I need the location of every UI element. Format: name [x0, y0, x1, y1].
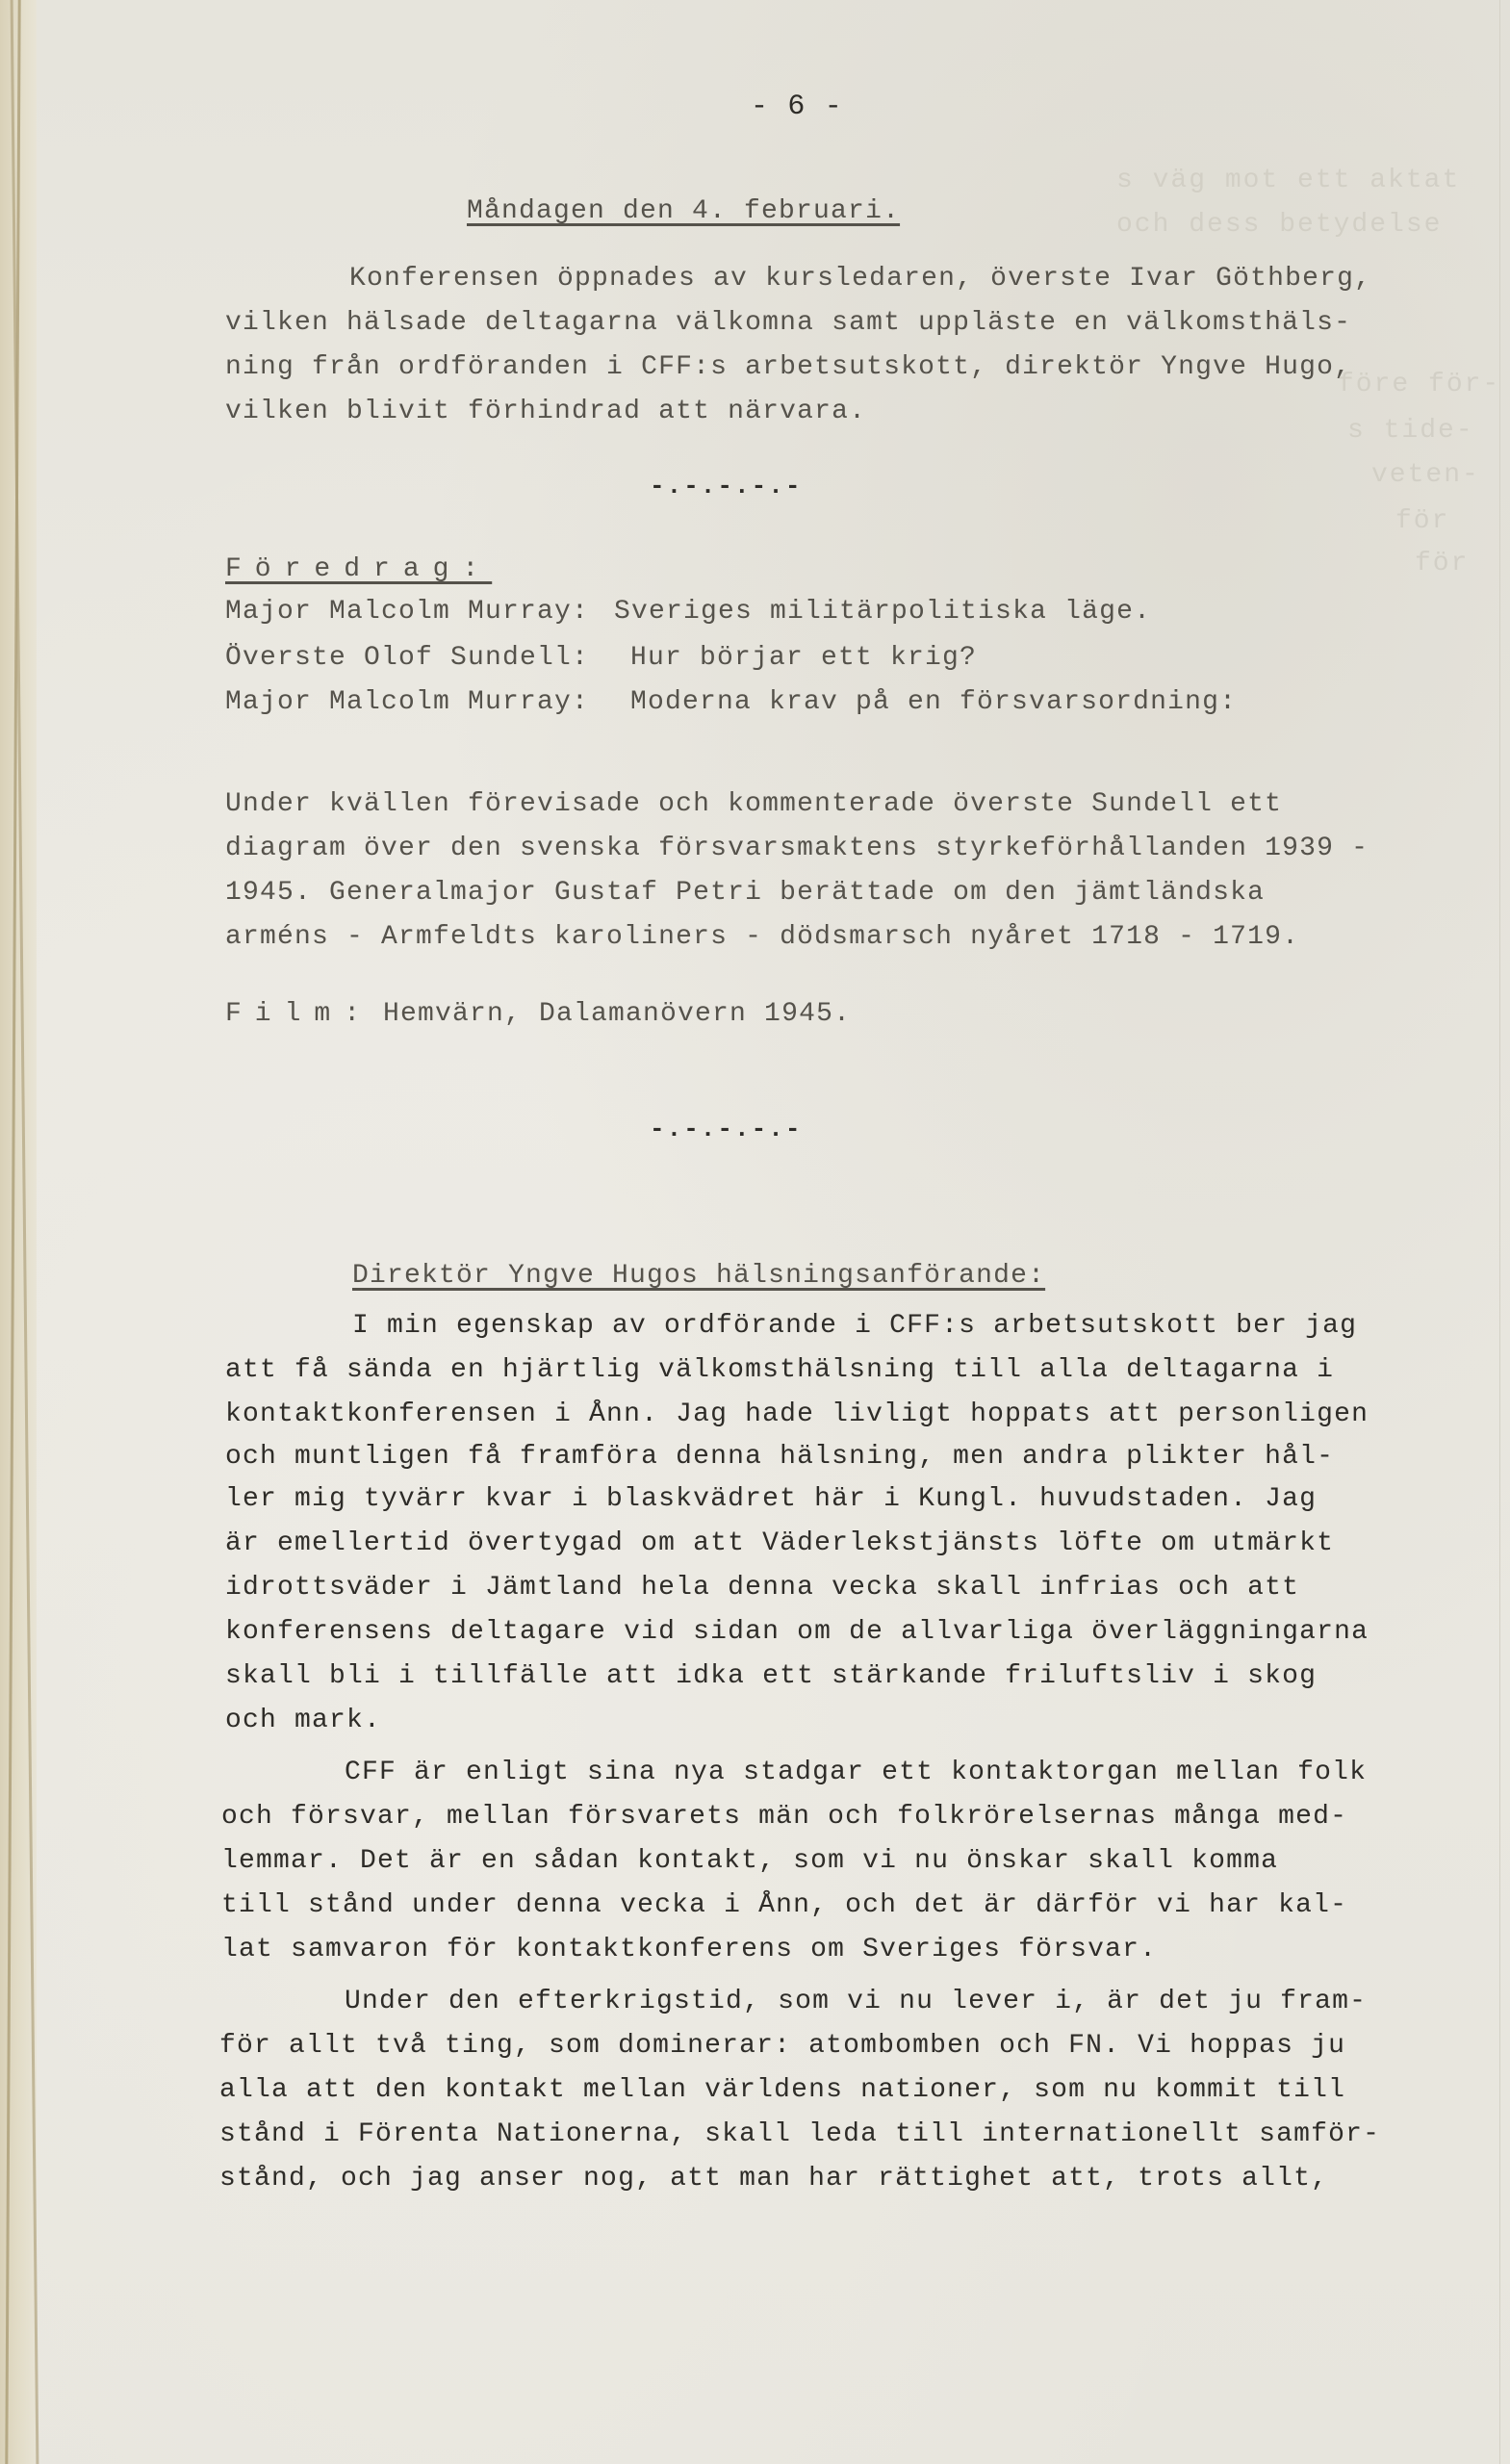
- paragraph-line: ler mig tyvärr kvar i blaskvädret här i …: [225, 1486, 1317, 1513]
- paragraph-line: stånd, och jag anser nog, att man har rä…: [219, 2166, 1328, 2193]
- paragraph-line: idrottsväder i Jämtland hela denna vecka…: [225, 1575, 1299, 1602]
- paragraph-line: Konferensen öppnades av kursledaren, öve…: [349, 266, 1371, 293]
- binding-stain-line: [11, 0, 39, 2464]
- section-separator: -.-.-.-.-: [650, 472, 802, 500]
- section-separator: -.-.-.-.-: [650, 1115, 802, 1143]
- lecture-speaker: Major Malcolm Murray:: [225, 689, 589, 716]
- paragraph-line: ning från ordföranden i CFF:s arbetsutsk…: [225, 354, 1351, 381]
- paragraph-line: skall bli i tillfälle att idka ett stärk…: [225, 1663, 1317, 1690]
- paragraph-line: alla att den kontakt mellan världens nat…: [219, 2077, 1345, 2104]
- page-number: - 6 -: [751, 92, 843, 121]
- paragraph-line: till stånd under denna vecka i Ånn, och …: [221, 1892, 1347, 1919]
- paragraph-line: lemmar. Det är en sådan kontakt, som vi …: [221, 1848, 1278, 1875]
- bleed-through-text: för: [1395, 506, 1449, 536]
- paragraph-line: arméns - Armfeldts karoliners - dödsmars…: [225, 924, 1299, 951]
- bleed-through-text: och dess betydelse: [1116, 210, 1442, 240]
- lecture-title: Moderna krav på en försvarsordning:: [630, 689, 1237, 716]
- lectures-heading: Föredrag:: [225, 556, 492, 583]
- film-title: Hemvärn, Dalamanövern 1945.: [383, 1001, 851, 1028]
- date-heading: Måndagen den 4. februari.: [467, 198, 900, 225]
- lecture-title: Hur börjar ett krig?: [630, 645, 977, 672]
- paragraph-line: vilken hälsade deltagarna välkomna samt …: [225, 310, 1351, 337]
- paragraph-line: stånd i Förenta Nationerna, skall leda t…: [219, 2121, 1380, 2148]
- film-label: Film:: [225, 1001, 373, 1028]
- paragraph-line: Under kvällen förevisade och kommenterad…: [225, 791, 1282, 818]
- binding-edge: [0, 0, 37, 2464]
- lecture-speaker: Major Malcolm Murray:: [225, 599, 589, 626]
- paragraph-line: vilken blivit förhindrad att närvara.: [225, 398, 866, 425]
- lecture-title: Sveriges militärpolitiska läge.: [614, 599, 1151, 626]
- paragraph-line: Under den efterkrigstid, som vi nu lever…: [345, 1989, 1367, 2015]
- binding-stain-line: [5, 0, 20, 2464]
- bleed-through-text: före för-: [1338, 370, 1500, 399]
- paragraph-line: kontaktkonferensen i Ånn. Jag hade livli…: [225, 1401, 1369, 1428]
- paragraph-line: 1945. Generalmajor Gustaf Petri berättad…: [225, 880, 1265, 907]
- paragraph-line: CFF är enligt sina nya stadgar ett konta…: [345, 1759, 1367, 1786]
- paragraph-line: och muntligen få framföra denna hälsning…: [225, 1444, 1334, 1471]
- lecture-speaker: Överste Olof Sundell:: [225, 645, 589, 672]
- paragraph-line: lat samvaron för kontaktkonferens om Sve…: [221, 1937, 1157, 1963]
- paragraph-line: och mark.: [225, 1707, 381, 1734]
- bleed-through-text: s väg mot ett aktat: [1116, 166, 1460, 195]
- paragraph-line: konferensens deltagare vid sidan om de a…: [225, 1619, 1369, 1646]
- paragraph-line: och försvar, mellan försvarets män och f…: [221, 1804, 1347, 1831]
- bleed-through-text: s tide-: [1347, 416, 1474, 446]
- paragraph-line: att få sända en hjärtlig välkomsthälsnin…: [225, 1357, 1334, 1384]
- paragraph-line: diagram över den svenska försvarsmaktens…: [225, 835, 1369, 862]
- paragraph-line: för allt två ting, som dominerar: atombo…: [219, 2033, 1345, 2060]
- bleed-through-text: för: [1415, 549, 1469, 578]
- bleed-through-text: veten-: [1371, 460, 1480, 490]
- speech-heading: Direktör Yngve Hugos hälsningsanförande:: [352, 1263, 1045, 1290]
- paragraph-line: I min egenskap av ordförande i CFF:s arb…: [352, 1313, 1357, 1340]
- paragraph-line: är emellertid övertygad om att Väderleks…: [225, 1530, 1334, 1557]
